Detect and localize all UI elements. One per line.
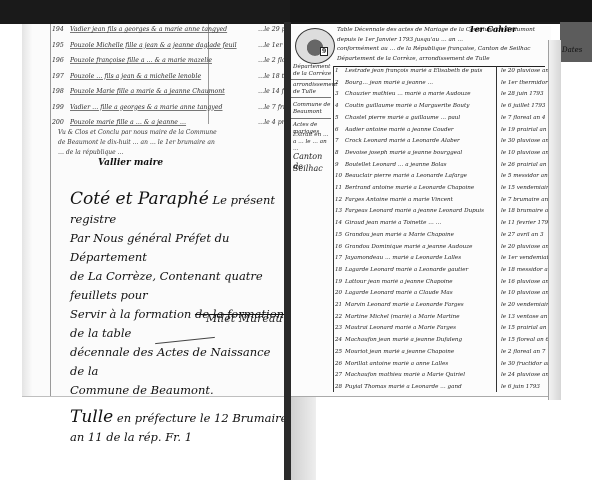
entry-date: le 30 fructidor an 9: [501, 361, 549, 367]
entry-number: 6: [335, 127, 345, 133]
table-row: 8Devoise joseph marié a jeanne bourggeal…: [335, 150, 545, 162]
margin-divider: [291, 97, 331, 98]
book-gutter: [284, 22, 291, 480]
gutter-paper-edge: [291, 395, 316, 480]
closing-note-line: Vu & Clos et Conclu par nous maire de la…: [58, 128, 258, 138]
entry-number: 24: [335, 337, 345, 343]
closing-note-line: … de la république …: [58, 148, 258, 158]
entry-names: Lattour jean marié a jeanne Chapoine: [345, 279, 493, 285]
entry-number: 3: [335, 91, 345, 97]
cert-text: en préfecture le 12 Brumaire: [117, 411, 288, 425]
entry-number: 198: [52, 88, 68, 95]
entry-number: 16: [335, 244, 345, 250]
entry-number: 7: [335, 138, 345, 144]
table-row: 23Mautrai Leonard marié a Marie Fargesle…: [335, 325, 545, 337]
entry-number: 200: [52, 119, 68, 126]
entry-names: Farges Antoine marié a marie Vincent: [345, 197, 493, 203]
entry-number: 20: [335, 290, 345, 296]
entry-date: le 5 messidor an 10: [501, 173, 549, 179]
cert-text: Par Nous général Préfet du Département: [70, 229, 288, 267]
margin-divider: [291, 118, 331, 119]
entry-names: Fargeas Leonard marié a jeanne Leonard D…: [345, 208, 493, 214]
entry-number: 22: [335, 314, 345, 320]
entry-names: Giraud jean marié a Toinette … …: [345, 220, 493, 226]
entry-number: 11: [335, 185, 345, 191]
table-row: 7Crock Leonard marié a Leonarde Alaberle…: [335, 138, 545, 150]
entry-text: Pouzole … fils a jean & a michelle lenob…: [70, 73, 254, 80]
table-row: 11Bertrand antoine marié a Leonarde Chap…: [335, 185, 545, 197]
margin-extract-note: Extrait en … a … le … an …: [293, 132, 333, 153]
list-item: 195 Pouzole Michelle fille a jean & a je…: [52, 42, 284, 58]
entry-number: 21: [335, 302, 345, 308]
cert-text: Servir à la formation: [70, 307, 191, 321]
entry-date: le 15 vendemiaire an 7: [501, 185, 549, 191]
entry-names: Puyial Thomas marié a Leonarde … gand: [345, 384, 493, 390]
entry-date: le 27 avril an 3: [501, 232, 549, 238]
margin-canton-name: Seilhac: [293, 164, 333, 174]
entry-names: Coutin guillaume marié a Marguerite Bout…: [345, 103, 493, 109]
entry-names: Lagarde Leonard marié a Leonarde gautier: [345, 267, 493, 273]
mayor-signature: Vallier maire: [98, 158, 258, 168]
entry-names: Jayamondeau … marié a Leonarde Lalles: [345, 255, 493, 261]
entry-names: Chastel pierre marié a guillaume … paul: [345, 115, 493, 121]
seal-number: 9: [320, 47, 328, 56]
table-row: 25Mouriot jean marié a jeanne Chapoinele…: [335, 349, 545, 361]
entry-date: le 24 pluviose an 10: [501, 372, 549, 378]
entry-date: le 18 brumaire an 9: [501, 208, 549, 214]
entry-date: le 20 vendemiaire an 7: [501, 302, 549, 308]
entry-number: 1: [335, 68, 345, 74]
cert-text: Commune de Beaumont.: [70, 381, 288, 400]
list-item: 199 Vadier … fille a georges & a marie a…: [52, 104, 284, 120]
entry-date: le 20 pluviose an 4: [501, 244, 549, 250]
table-row: 20Lagarde Leonard marié a Claude Masle 1…: [335, 290, 545, 302]
entry-date: le 7 floreal an 4: [501, 115, 549, 121]
closing-note: Vu & Clos et Conclu par nous maire de la…: [58, 128, 258, 168]
entry-names: Audier antoine marié a jeanne Couder: [345, 127, 493, 133]
left-entry-list: 194 Vadier jean fils a georges & a marie…: [52, 26, 284, 135]
margin-arrondissement: arrondissement de Tulle: [293, 82, 333, 96]
entry-names: Crock Leonard marié a Leonarde Alaber: [345, 138, 493, 144]
entry-date: le 7 brumaire an 3: [501, 197, 549, 203]
header-line: depuis le 1er Janvier 1793 jusqu'au … an…: [337, 36, 547, 46]
entry-text: Pouzole Michelle fille a jean & a jeanne…: [70, 42, 254, 49]
entry-text: Vadier … fille a georges & a marie anne …: [70, 104, 254, 111]
cert-place: Tulle: [70, 407, 113, 427]
entry-number: 26: [335, 361, 345, 367]
next-page-edge: [560, 22, 592, 62]
table-row: 27Machaufon mathieu marié a Marie Quirie…: [335, 372, 545, 384]
entry-names: Martine Michel (marié) a Marie Martine: [345, 314, 493, 320]
entry-number: 2: [335, 80, 345, 86]
entry-number: 195: [52, 42, 68, 49]
entry-text: Pouzole françoise fille a … & a marie ma…: [70, 57, 254, 64]
entry-number: 15: [335, 232, 345, 238]
table-row: 14Giraud jean marié a Toinette … …le 11 …: [335, 220, 545, 232]
margin-commune: Commune de Beaumont: [293, 102, 333, 116]
entry-names: Boutellet Leonard … a jeanne Bolas: [345, 162, 493, 168]
table-row: 5Chastel pierre marié a guillaume … paul…: [335, 115, 545, 127]
entry-number: 4: [335, 103, 345, 109]
entry-date: le 11 fevrier 1793: [501, 220, 549, 226]
entry-date: le 15 floreal an 6: [501, 337, 549, 343]
cert-heading: Coté et Paraphé: [70, 189, 209, 209]
entry-date: le 2 floreal an 7: [501, 349, 549, 355]
entry-date: le 6 juillet 1793: [501, 103, 549, 109]
entry-number: 12: [335, 197, 345, 203]
stamp-seal-icon: 9: [295, 28, 335, 64]
entry-date: le 16 pluviose an 7: [501, 279, 549, 285]
entry-number: 23: [335, 325, 345, 331]
next-page-label: Dates: [562, 46, 582, 54]
entry-date: le 19 prairial an 5: [501, 127, 549, 133]
table-row: 22Martine Michel (marié) a Marie Martine…: [335, 314, 545, 326]
entry-date: le 6 juin 1793: [501, 384, 549, 390]
margin-divider: [291, 79, 331, 80]
entry-names: Mouriot jean marié a jeanne Chapoine: [345, 349, 493, 355]
closing-note-line: de Beaumont le dix-huit … an … le 1er br…: [58, 138, 258, 148]
entry-names: Morillat antoine marié a anne Lalles: [345, 361, 493, 367]
table-row: 24Machaufon jean marié a jeanne Dufaleng…: [335, 337, 545, 349]
entry-names: Marvin Leonard marié a Leonarde Farges: [345, 302, 493, 308]
table-row: 15Grandou jean marié a Marie Chapoinele …: [335, 232, 545, 244]
entry-number: 13: [335, 208, 345, 214]
entry-number: 14: [335, 220, 345, 226]
table-row: 4Coutin guillaume marié a Marguerite Bou…: [335, 103, 545, 115]
entry-number: 28: [335, 384, 345, 390]
cert-text: de la table: [70, 326, 131, 340]
cert-text: de La Corrèze, Contenant quatre feuillet…: [70, 267, 288, 305]
entry-names: Machaufon jean marié a jeanne Dufaleng: [345, 337, 493, 343]
entry-number: 194: [52, 26, 68, 33]
table-row: 13Fargeas Leonard marié a jeanne Leonard…: [335, 208, 545, 220]
table-row: 10Beauclair pierre marié a Leonarde Lafa…: [335, 173, 545, 185]
entry-names: Grandou Dominique marié a jeanne Audouze: [345, 244, 493, 250]
names-column-rule: [333, 66, 334, 392]
entry-number: 27: [335, 372, 345, 378]
entry-date: le 10 pluviose an 7: [501, 290, 549, 296]
cert-text: décennale des Actes de Naissance de la: [70, 343, 288, 381]
table-row: 1Lestrade jean françois marié a Elisabet…: [335, 68, 545, 80]
entry-names: Chauzier mathieu … marié a marie Audouze: [345, 91, 493, 97]
header-rule: [333, 66, 545, 67]
entry-text: Vadier jean fils a georges & a marie ann…: [70, 26, 254, 33]
margin-department: Département de la Corrèze: [293, 64, 333, 78]
table-row: 2Bourg… jean marié a jeanne …le 1er ther…: [335, 80, 545, 92]
entry-names: Machaufon mathieu marié a Marie Quiriel: [345, 372, 493, 378]
table-row: 16Grandou Dominique marié a jeanne Audou…: [335, 244, 545, 256]
entry-names: Mautrai Leonard marié a Marie Farges: [345, 325, 493, 331]
entry-date: le 18 messidor an 8: [501, 267, 549, 273]
entry-date: le 30 pluviose an 7: [501, 138, 549, 144]
entry-text: Pouzole marie fille a … & a jeanne …: [70, 119, 254, 126]
scan-background: [560, 62, 592, 480]
table-row: 12Farges Antoine marié a marie Vincentle…: [335, 197, 545, 209]
entry-number: 197: [52, 73, 68, 80]
list-item: 194 Vadier jean fils a georges & a marie…: [52, 26, 284, 42]
volume-label: 1er Cahier: [469, 24, 516, 34]
entry-names: Bourg… jean marié a jeanne …: [345, 80, 493, 86]
entry-date: le 28 juin 1793: [501, 91, 549, 97]
table-row: 17Jayamondeau … marié a Leonarde Lallesl…: [335, 255, 545, 267]
entry-number: 25: [335, 349, 345, 355]
entry-names: Devoise joseph marié a jeanne bourggeal: [345, 150, 493, 156]
table-row: 6Audier antoine marié a jeanne Couderle …: [335, 127, 545, 139]
table-row: 9Boutellet Leonard … a jeanne Bolasle 26…: [335, 162, 545, 174]
table-row: 19Lattour jean marié a jeanne Chapoinele…: [335, 279, 545, 291]
entry-date: le 10 pluviose an 7: [501, 150, 549, 156]
list-item: 197 Pouzole … fils a jean & a michelle l…: [52, 73, 284, 89]
entry-text: Pouzole Marie fille a marie & a jeanne C…: [70, 88, 254, 95]
header-line: conformément au … de la République franç…: [337, 45, 547, 55]
page-fold-shadow: [22, 24, 32, 396]
entry-names: Grandou jean marié a Marie Chapoine: [345, 232, 493, 238]
cert-text: an 11 de la rép. Fr. 1: [70, 428, 288, 447]
entry-date: le 1er thermidor an 10: [501, 80, 549, 86]
entry-date: le 13 ventose an 2: [501, 314, 549, 320]
table-row: 21Marvin Leonard marié a Leonarde Farges…: [335, 302, 545, 314]
header-line: Département de la Corrèze, arrondissemen…: [337, 55, 547, 65]
entry-number: 199: [52, 104, 68, 111]
entry-date: le 26 prairial an 10: [501, 162, 549, 168]
table-row: 26Morillat antoine marié a anne Lallesle…: [335, 361, 545, 373]
entry-number: 18: [335, 267, 345, 273]
list-item: 198 Pouzole Marie fille a marie & a jean…: [52, 88, 284, 104]
entry-date: le 1er vendemiaire an 7: [501, 255, 549, 261]
table-row: 18Lagarde Leonard marié a Leonarde gauti…: [335, 267, 545, 279]
entry-number: 17: [335, 255, 345, 261]
list-item: 196 Pouzole françoise fille a … & a mari…: [52, 57, 284, 73]
entry-date: le 15 prairial an 9: [501, 325, 549, 331]
entry-number: 8: [335, 150, 345, 156]
prefect-signature: Milet Mureau: [206, 312, 282, 325]
entry-names: Lagarde Leonard marié a Claude Mas: [345, 290, 493, 296]
entry-number: 10: [335, 173, 345, 179]
entry-number: 9: [335, 162, 345, 168]
entry-number: 5: [335, 115, 345, 121]
scanner-top-border-right: [290, 0, 592, 22]
right-page: 9 Département de la Corrèze arrondisseme…: [291, 26, 551, 397]
entry-number: 196: [52, 57, 68, 64]
margin-rule: [50, 24, 51, 396]
entry-names: Beauclair pierre marié a Leonarde Lafarg…: [345, 173, 493, 179]
table-row: 3Chauzier mathieu … marié a marie Audouz…: [335, 91, 545, 103]
entry-names: Bertrand antoine marié a Leonarde Chapoi…: [345, 185, 493, 191]
entry-date: le 20 pluviose an 7: [501, 68, 549, 74]
entry-names: Lestrade jean françois marié a Elisabeth…: [345, 68, 493, 74]
torn-page-edge: [548, 40, 561, 400]
table-row: 28Puyial Thomas marié a Leonarde … gandl…: [335, 384, 545, 396]
entry-number: 19: [335, 279, 345, 285]
